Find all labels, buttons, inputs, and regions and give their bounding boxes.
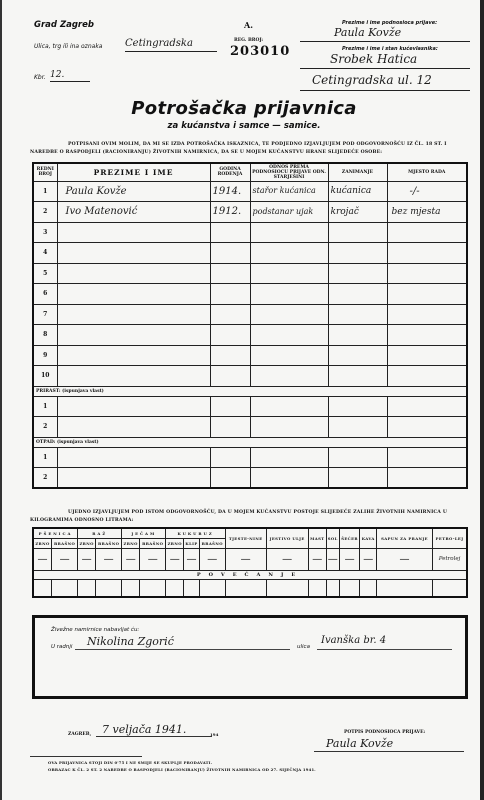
- reg-number-label: REG. BROJ:: [234, 38, 263, 43]
- table-row: 1 Paula Kovže 1914. stařor kućanica kuća…: [33, 181, 467, 202]
- footnote-divider: [30, 756, 142, 757]
- relation[interactable]: [250, 396, 328, 417]
- workplace[interactable]: [387, 325, 467, 346]
- otpad-row: 1: [33, 447, 467, 468]
- increase-value[interactable]: [339, 579, 360, 597]
- relation[interactable]: [250, 345, 328, 366]
- occupation[interactable]: [328, 468, 387, 489]
- table-row: 7: [33, 304, 467, 325]
- stock-value[interactable]: Petrolej: [433, 548, 467, 570]
- sub-zrno: ZRNO: [33, 538, 52, 548]
- row-number: 2: [33, 468, 57, 489]
- increase-value[interactable]: [266, 579, 308, 597]
- col-header-year: GODINA RODENJA: [210, 163, 250, 181]
- workplace[interactable]: [387, 243, 467, 264]
- workplace[interactable]: [387, 263, 467, 284]
- prirast-row: 1: [33, 396, 467, 417]
- occupation[interactable]: kućanica: [328, 181, 387, 202]
- relation[interactable]: [250, 447, 328, 468]
- birth-year[interactable]: [210, 468, 250, 489]
- birth-year[interactable]: 1914.: [210, 181, 250, 202]
- group-psenica: PŠENICA: [33, 528, 78, 538]
- birth-year[interactable]: [210, 345, 250, 366]
- stock-value[interactable]: —: [140, 548, 166, 570]
- stock-value[interactable]: —: [225, 548, 266, 570]
- col-kava: KAVA: [360, 528, 376, 548]
- col-sol: SOL: [326, 528, 339, 548]
- table-row: 8: [33, 325, 467, 346]
- shop-intro-label: Živežne namirnice nabavljat ću:: [51, 627, 139, 633]
- stock-declaration: UJEDNO IZJAVLJUJEM POD ISTOM ODGOVORNOŠĆ…: [30, 509, 470, 525]
- group-kukuruz: KUKURUZ: [166, 528, 226, 538]
- birth-year[interactable]: [210, 222, 250, 243]
- relation[interactable]: podstanar ujak: [250, 202, 328, 223]
- increase-value[interactable]: [199, 579, 225, 597]
- section-otpad-label: OTPAD: (ispunjava vlast): [33, 437, 467, 447]
- stock-value[interactable]: —: [199, 548, 225, 570]
- row-number: 1: [33, 181, 57, 202]
- year-suffix: 194: [210, 732, 218, 737]
- applicant-field[interactable]: Paula Kovže: [300, 26, 470, 42]
- workplace[interactable]: [387, 345, 467, 366]
- table-row: 6: [33, 284, 467, 305]
- occupation[interactable]: krojač: [328, 202, 387, 223]
- section-otpad: OTPAD: (ispunjava vlast): [33, 437, 467, 447]
- form-subtitle: za kućanstva i samce — samice.: [2, 121, 484, 131]
- col-header-relation: ODNOS PREMA PODNOSIOCU PRIJAVE ODN. STAR…: [250, 163, 328, 181]
- stock-value[interactable]: —: [308, 548, 326, 570]
- col-tjestenine: TJESTE-NINE: [225, 528, 266, 548]
- form-letter: A.: [244, 20, 253, 30]
- sub-brasno: BRAŠNO: [140, 538, 166, 548]
- stock-value[interactable]: —: [52, 548, 78, 570]
- workplace[interactable]: -/-: [387, 181, 467, 202]
- footnote-price: OVA PRIJAVNICA STOJI DIN 0'75 I NE SMIJE…: [48, 760, 212, 765]
- shop-name-field[interactable]: Nikolina Zgorić: [75, 635, 290, 650]
- form-page: Grad Zagreb A. Ulica, trg ili ina oznaka…: [0, 0, 484, 800]
- row-number: 2: [33, 417, 57, 438]
- persons-table: REDNI BROJ PREZIME I IME GODINA RODENJA …: [32, 162, 468, 489]
- relation[interactable]: [250, 304, 328, 325]
- street-field[interactable]: Cetingradska: [125, 38, 217, 52]
- relation[interactable]: [250, 284, 328, 305]
- person-name[interactable]: [57, 284, 210, 305]
- owner-name-field[interactable]: Srobek Hatica: [300, 52, 470, 69]
- table-row: 4: [33, 243, 467, 264]
- increase-value[interactable]: [33, 579, 52, 597]
- prirast-row: 2: [33, 417, 467, 438]
- shop-section: Živežne namirnice nabavljat ću: U radnji…: [32, 615, 468, 699]
- sub-klip: KLIP: [184, 538, 200, 548]
- relation[interactable]: [250, 222, 328, 243]
- increase-value[interactable]: [326, 579, 339, 597]
- row-number: 1: [33, 396, 57, 417]
- relation[interactable]: [250, 366, 328, 387]
- sub-zrno: ZRNO: [166, 538, 184, 548]
- birth-year[interactable]: [210, 263, 250, 284]
- stock-value[interactable]: —: [266, 548, 308, 570]
- increase-value[interactable]: [122, 579, 140, 597]
- person-name[interactable]: [57, 243, 210, 264]
- date-field[interactable]: 7 veljača 1941.: [96, 723, 212, 737]
- person-name[interactable]: [57, 468, 210, 489]
- sub-brasno: BRAŠNO: [96, 538, 122, 548]
- occupation[interactable]: [328, 284, 387, 305]
- person-name[interactable]: [57, 447, 210, 468]
- form-title: Potrošačka prijavnica: [2, 98, 484, 119]
- workplace[interactable]: [387, 304, 467, 325]
- row-number: 9: [33, 345, 57, 366]
- stock-value[interactable]: —: [184, 548, 200, 570]
- person-name[interactable]: [57, 417, 210, 438]
- col-header-workplace: MJESTO RADA: [387, 163, 467, 181]
- person-name[interactable]: [57, 366, 210, 387]
- person-name[interactable]: [57, 263, 210, 284]
- stock-value[interactable]: —: [339, 548, 360, 570]
- group-jecam: JEČAM: [122, 528, 166, 538]
- birth-year[interactable]: [210, 325, 250, 346]
- workplace[interactable]: [387, 468, 467, 489]
- workplace[interactable]: [387, 222, 467, 243]
- house-number-label: Kbr.: [34, 74, 46, 81]
- col-header-occupation: ZANIMANJE: [328, 163, 387, 181]
- person-name[interactable]: Paula Kovže: [57, 181, 210, 202]
- col-header-no: REDNI BROJ: [33, 163, 57, 181]
- occupation[interactable]: [328, 243, 387, 264]
- stock-values-row: — — — — — — — — — — — — — — — — Petrolej: [33, 548, 467, 570]
- workplace[interactable]: [387, 284, 467, 305]
- relation[interactable]: [250, 263, 328, 284]
- birth-year[interactable]: [210, 417, 250, 438]
- occupation[interactable]: [328, 325, 387, 346]
- relation[interactable]: [250, 325, 328, 346]
- birth-year[interactable]: [210, 447, 250, 468]
- stock-value[interactable]: —: [33, 548, 52, 570]
- workplace[interactable]: [387, 417, 467, 438]
- birth-year[interactable]: [210, 284, 250, 305]
- table-row: 5: [33, 263, 467, 284]
- stock-table: PŠENICA RAŽ JEČAM KUKURUZ TJESTE-NINE JE…: [32, 527, 468, 598]
- increase-values-row: [33, 579, 467, 597]
- birth-year[interactable]: 1912.: [210, 202, 250, 223]
- occupation[interactable]: [328, 345, 387, 366]
- occupation[interactable]: [328, 417, 387, 438]
- shop-street-label: ulica: [297, 644, 310, 650]
- table-row: 3: [33, 222, 467, 243]
- relation[interactable]: [250, 243, 328, 264]
- increase-label: POVEĆANJE: [33, 570, 467, 579]
- city-heading: Grad Zagreb: [34, 20, 94, 30]
- shop-street-field[interactable]: Ivanška br. 4: [317, 635, 452, 650]
- place-label: ZAGREB,: [68, 732, 91, 737]
- street-label: Ulica, trg ili ina oznaka: [34, 43, 102, 50]
- workplace[interactable]: [387, 447, 467, 468]
- shop-label: U radnji: [51, 644, 72, 650]
- stock-value[interactable]: —: [122, 548, 140, 570]
- person-name[interactable]: [57, 396, 210, 417]
- stock-value[interactable]: —: [360, 548, 376, 570]
- row-number: 6: [33, 284, 57, 305]
- occupation[interactable]: [328, 222, 387, 243]
- occupation[interactable]: [328, 396, 387, 417]
- table-row: 10: [33, 366, 467, 387]
- owner-address-field[interactable]: Cetingradska ul. 12: [300, 73, 470, 91]
- signature-field[interactable]: Paula Kovže: [314, 737, 464, 752]
- stock-value[interactable]: —: [166, 548, 184, 570]
- table-row: 9: [33, 345, 467, 366]
- sub-zrno: ZRNO: [122, 538, 140, 548]
- row-number: 1: [33, 447, 57, 468]
- section-prirast: PRIRAST: (ispunjava vlast): [33, 386, 467, 396]
- increase-value[interactable]: [166, 579, 184, 597]
- person-name[interactable]: Ivo Matenović: [57, 202, 210, 223]
- stock-value[interactable]: —: [376, 548, 432, 570]
- relation[interactable]: [250, 468, 328, 489]
- row-number: 5: [33, 263, 57, 284]
- occupation[interactable]: [328, 304, 387, 325]
- sub-brasno: BRAŠNO: [199, 538, 225, 548]
- sub-brasno: BRAŠNO: [52, 538, 78, 548]
- birth-year[interactable]: [210, 366, 250, 387]
- col-mast: MAST: [308, 528, 326, 548]
- birth-year[interactable]: [210, 396, 250, 417]
- increase-value[interactable]: [308, 579, 326, 597]
- relation[interactable]: [250, 417, 328, 438]
- otpad-row: 2: [33, 468, 467, 489]
- group-raz: RAŽ: [78, 528, 122, 538]
- stock-group-row: PŠENICA RAŽ JEČAM KUKURUZ TJESTE-NINE JE…: [33, 528, 467, 538]
- col-secer: ŠEĆER: [339, 528, 360, 548]
- row-number: 3: [33, 222, 57, 243]
- increase-value[interactable]: [78, 579, 96, 597]
- table-header-row: REDNI BROJ PREZIME I IME GODINA RODENJA …: [33, 163, 467, 181]
- person-name[interactable]: [57, 304, 210, 325]
- col-ulje: JESTIVO ULJE: [266, 528, 308, 548]
- col-sapun: SAPUN ZA PRANJE: [376, 528, 432, 548]
- increase-value[interactable]: [360, 579, 376, 597]
- table-row: 2 Ivo Matenović 1912. podstanar ujak kro…: [33, 202, 467, 223]
- row-number: 2: [33, 202, 57, 223]
- intro-declaration: POTPISANI OVIM MOLIM, DA MI SE IZDA POTR…: [30, 141, 470, 157]
- col-header-name: PREZIME I IME: [57, 163, 210, 181]
- workplace[interactable]: bez mjesta: [387, 202, 467, 223]
- stock-value[interactable]: —: [78, 548, 96, 570]
- person-name[interactable]: [57, 325, 210, 346]
- occupation[interactable]: [328, 263, 387, 284]
- row-number: 8: [33, 325, 57, 346]
- house-number-field[interactable]: 12.: [50, 70, 90, 82]
- stock-value[interactable]: —: [96, 548, 122, 570]
- row-number: 4: [33, 243, 57, 264]
- sub-zrno: ZRNO: [78, 538, 96, 548]
- increase-row: POVEĆANJE: [33, 570, 467, 579]
- reg-number: 203010: [230, 44, 290, 59]
- workplace[interactable]: [387, 366, 467, 387]
- stock-value[interactable]: —: [326, 548, 339, 570]
- footnote-regulation: OBRAZAC K ČL. 2 ST. 2 NAREDBE O RASPODJE…: [48, 767, 316, 772]
- row-number: 7: [33, 304, 57, 325]
- increase-value[interactable]: [184, 579, 200, 597]
- increase-value[interactable]: [433, 579, 467, 597]
- occupation[interactable]: [328, 447, 387, 468]
- workplace[interactable]: [387, 396, 467, 417]
- person-name[interactable]: [57, 222, 210, 243]
- increase-value[interactable]: [225, 579, 266, 597]
- col-petrolej: PETRO-LEJ: [433, 528, 467, 548]
- person-name[interactable]: [57, 345, 210, 366]
- increase-value[interactable]: [140, 579, 166, 597]
- signature-label: POTPIS PODNOSIOCA PRIJAVE:: [344, 730, 425, 735]
- birth-year[interactable]: [210, 243, 250, 264]
- relation[interactable]: stařor kućanica: [250, 181, 328, 202]
- increase-value[interactable]: [376, 579, 432, 597]
- birth-year[interactable]: [210, 304, 250, 325]
- section-prirast-label: PRIRAST: (ispunjava vlast): [33, 386, 467, 396]
- increase-value[interactable]: [96, 579, 122, 597]
- occupation[interactable]: [328, 366, 387, 387]
- increase-value[interactable]: [52, 579, 78, 597]
- row-number: 10: [33, 366, 57, 387]
